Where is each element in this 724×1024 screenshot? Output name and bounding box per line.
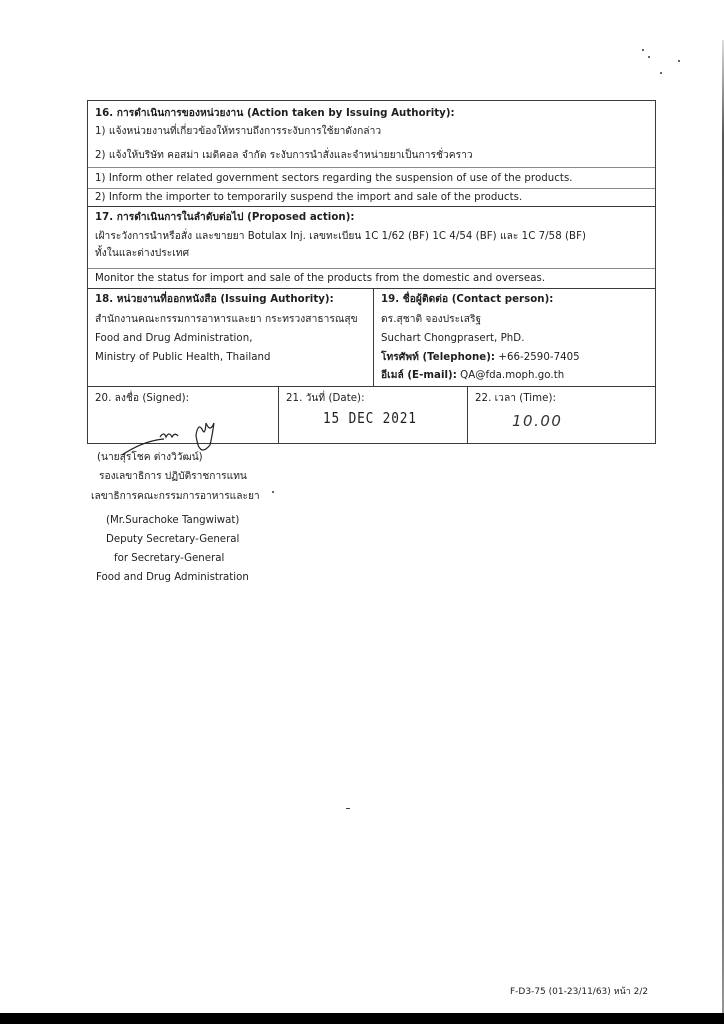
signatory-name-thai: (นายสุรโชค ต่างวิวัฒน์) xyxy=(97,451,203,465)
row-divider xyxy=(88,386,655,387)
scan-speck xyxy=(642,49,644,51)
column-divider xyxy=(278,386,279,444)
date-stamp: 15 DEC 2021 xyxy=(323,411,417,425)
issuing-authority-thai: สำนักงานคณะกรรมการอาหารและยา กระทรวงสาธา… xyxy=(95,313,358,327)
section-16-thai-line: 1) แจ้งหน่วยงานที่เกี่ยวข้องให้ทราบถึงกา… xyxy=(95,125,381,139)
contact-email: อีเมล์ (E-mail): QA@fda.moph.go.th xyxy=(381,369,564,383)
section-16-english-line: 2) Inform the importer to temporarily su… xyxy=(95,191,522,205)
email-value: QA@fda.moph.go.th xyxy=(460,370,564,381)
section-19-heading: 19. ชื่อผู้ติดต่อ (Contact person): xyxy=(381,293,553,307)
scan-speck xyxy=(648,56,650,58)
section-18-heading: 18. หน่วยงานที่ออกหนังสือ (Issuing Autho… xyxy=(95,293,334,307)
section-16-english-line: 1) Inform other related government secto… xyxy=(95,172,573,186)
report-table: 16. การดำเนินการของหน่วยงาน (Action take… xyxy=(87,100,656,444)
contact-name-english: Suchart Chongprasert, PhD. xyxy=(381,332,525,346)
row-divider xyxy=(88,206,655,207)
signatory-name-english: (Mr.Surachoke Tangwiwat) xyxy=(106,514,239,528)
signatory-org-thai: เลขาธิการคณะกรรมการอาหารและยา xyxy=(91,490,260,504)
section-21-heading: 21. วันที่ (Date): xyxy=(286,392,365,406)
column-divider xyxy=(467,386,468,444)
scan-speck xyxy=(660,72,662,74)
section-16-heading: 16. การดำเนินการของหน่วยงาน (Action take… xyxy=(95,107,455,121)
issuing-authority-english: Food and Drug Administration, xyxy=(95,332,253,346)
telephone-label: โทรศัพท์ (Telephone): xyxy=(381,352,495,363)
signatory-for-title: for Secretary-General xyxy=(114,552,224,566)
section-16-thai-line: 2) แจ้งให้บริษัท คอสม่า เมดิคอล จำกัด ระ… xyxy=(95,149,473,163)
section-17-thai-line: ทั้งในและต่างประเทศ xyxy=(95,247,189,261)
telephone-value: +66-2590-7405 xyxy=(498,352,579,363)
section-17-thai-line: เฝ้าระวังการนำหรือสั่ง และขายยา Botulax … xyxy=(95,230,586,244)
row-divider xyxy=(88,167,655,168)
signatory-title-english: Deputy Secretary-General xyxy=(106,533,239,547)
section-17-english-line: Monitor the status for import and sale o… xyxy=(95,272,545,286)
scan-speck xyxy=(678,60,680,62)
section-20-heading: 20. ลงชื่อ (Signed): xyxy=(95,392,189,406)
scan-speck xyxy=(346,808,350,809)
document-page: 16. การดำเนินการของหน่วยงาน (Action take… xyxy=(0,0,724,1024)
row-divider xyxy=(88,188,655,189)
contact-name-thai: ดร.สุชาติ จองประเสริฐ xyxy=(381,313,481,327)
section-22-heading: 22. เวลา (Time): xyxy=(475,392,556,406)
handwritten-time: 10.00 xyxy=(512,414,562,428)
scan-speck xyxy=(272,491,274,493)
section-17-heading: 17. การดำเนินการในลำดับต่อไป (Proposed a… xyxy=(95,211,355,225)
row-divider xyxy=(88,268,655,269)
email-label: อีเมล์ (E-mail): xyxy=(381,370,457,381)
contact-telephone: โทรศัพท์ (Telephone): +66-2590-7405 xyxy=(381,351,580,365)
issuing-authority-ministry: Ministry of Public Health, Thailand xyxy=(95,351,271,365)
signatory-org-english: Food and Drug Administration xyxy=(96,571,249,585)
form-code-footer: F-D3-75 (01-23/11/63) หน้า 2/2 xyxy=(510,984,648,998)
column-divider xyxy=(373,288,374,386)
scan-bottom-bar xyxy=(0,1013,724,1024)
signatory-title-thai: รองเลขาธิการ ปฏิบัติราชการแทน xyxy=(99,470,247,484)
row-divider xyxy=(88,288,655,289)
